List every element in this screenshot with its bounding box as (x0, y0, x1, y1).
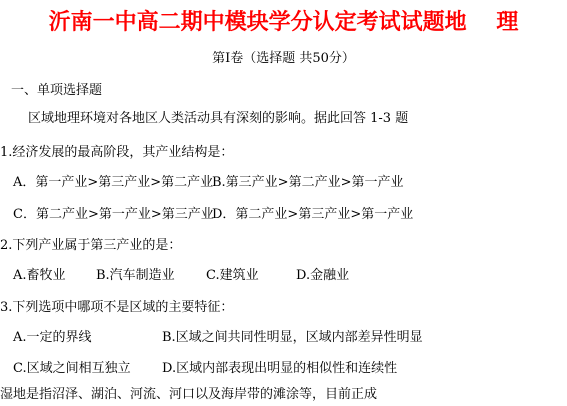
question-1-option-c: C．第二产业>第一产业>第三产业 (13, 207, 214, 223)
paper-subtitle: 第Ⅰ卷（选择题 共50分） (0, 51, 567, 67)
question-2-option-d: D.金融业 (296, 268, 349, 284)
section-heading: 一、单项选择题 (11, 83, 102, 99)
question-2-option-c: C.建筑业 (206, 268, 259, 284)
question-3-option-c: C.区域之间相互独立 (13, 361, 131, 377)
question-3-stem: 3.下列选项中哪项不是区域的主要特征： (0, 300, 233, 316)
question-1-option-a: A．第一产业>第三产业>第二产业 (13, 175, 213, 191)
question-3-option-d: D.区域内部表现出明显的相似性和连续性 (162, 361, 397, 377)
question-3-option-a: A.一定的界线 (13, 330, 92, 346)
trailing-paragraph: 湿地是指沼泽、湖泊、河流、河口以及海岸带的滩涂等，目前正成 (0, 387, 377, 403)
question-2-option-a: A.畜牧业 (13, 268, 66, 284)
question-intro: 区域地理环境对各地区人类活动具有深刻的影响。据此回答 1-3 题 (28, 111, 408, 127)
question-1-option-d: D．第二产业>第三产业>第一产业 (212, 207, 413, 223)
question-1-option-b: B.第三产业>第二产业>第一产业 (212, 175, 403, 191)
question-2-stem: 2.下列产业属于第三产业的是： (0, 238, 181, 254)
question-3-option-b: B.区域之间共同性明显，区域内部差异性明显 (162, 330, 423, 346)
question-2-option-b: B.汽车制造业 (96, 268, 175, 284)
question-1-stem: 1.经济发展的最高阶段，其产业结构是： (0, 145, 233, 161)
exam-title: 沂南一中高二期中模块学分认定考试试题地 理 (0, 8, 567, 36)
